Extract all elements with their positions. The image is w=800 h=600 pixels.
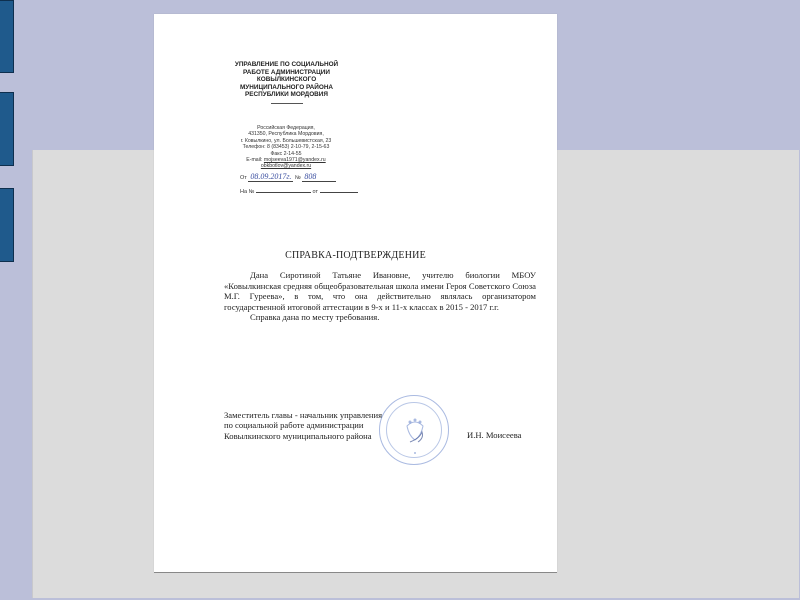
organization-header: УПРАВЛЕНИЕ ПО СОЦИАЛЬНОЙ РАБОТЕ АДМИНИСТ… [224,61,349,104]
decorative-bar-3 [0,188,14,262]
date-value: 08.09.2017г. [248,172,293,182]
date-prefix: От [240,175,247,181]
email-link-2: obkbotlov@yandex.ru [216,163,356,169]
signatory-position: Заместитель главы - начальник управления… [224,410,382,441]
document-title: СПРАВКА-ПОДТВЕРЖДЕНИЕ [154,250,557,261]
body-paragraph: Справка дана по месту требования. [224,312,536,323]
document-page: УПРАВЛЕНИЕ ПО СОЦИАЛЬНОЙ РАБОТЕ АДМИНИСТ… [154,14,557,572]
number-prefix: № [295,175,301,181]
position-line: Заместитель главы - начальник управления [224,410,382,420]
ref-prefix: На № [240,189,254,195]
ref-date-blank [320,187,358,193]
ref-number-blank [256,187,311,193]
org-line: КОВЫЛКИНСКОГО [224,76,349,84]
org-line: УПРАВЛЕНИЕ ПО СОЦИАЛЬНОЙ [224,61,349,69]
ref-from: от [313,189,318,195]
decorative-bar-1 [0,0,14,73]
decorative-bar-2 [0,92,14,166]
position-line: Ковылкинского муниципального района [224,431,382,441]
position-line: по социальной работе администрации [224,420,382,430]
signatory-name: И.Н. Моисеева [467,430,522,440]
email-link-1: mojseeva1971@yandex.ru [264,157,326,163]
body-paragraph: Дана Сиротиной Татьяне Ивановне, учителю… [224,270,536,312]
org-line: РЕСПУБЛИКИ МОРДОВИЯ [224,91,349,99]
header-divider [271,103,303,104]
official-seal-icon [379,395,449,465]
seal-emblem-icon [380,396,450,466]
registration-date-row: От 08.09.2017г. № 808 [240,172,336,182]
document-body: Дана Сиротиной Татьяне Ивановне, учителю… [224,270,536,323]
org-line: МУНИЦИПАЛЬНОГО РАЙОНА [224,84,349,92]
reference-row: На № от [240,187,358,195]
address-block: Российская Федерация, 431350, Республика… [216,125,356,170]
email-label: E-mail: [246,157,262,163]
number-value: 808 [302,172,336,182]
org-line: РАБОТЕ АДМИНИСТРАЦИИ [224,69,349,77]
